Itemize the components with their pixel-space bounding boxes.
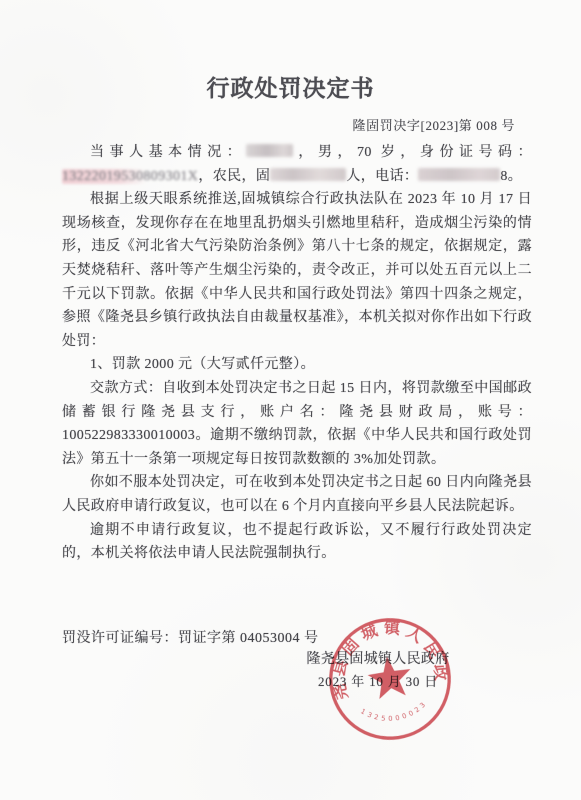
seal-code: 1325000023 — [358, 698, 431, 727]
redacted-village — [270, 168, 346, 181]
penalty-decision-document: 行政处罚决定书 隆固罚决字[2023]第 008 号 当事人基本情况：，男，70… — [0, 0, 581, 800]
document-number: 隆固罚决字[2023]第 008 号 — [0, 115, 581, 134]
penalty-license-number: 罚没许可证编号：罚证字第 04053004 号 — [62, 627, 319, 647]
penalty-item: 1、罚款 2000 元（大写贰仟元整）。 — [62, 353, 532, 377]
party-sex-age: ，男，70 岁，身份证号码： — [293, 145, 532, 160]
party-info-paragraph: 当事人基本情况：，男，70 岁，身份证号码：13222019530809301X… — [62, 141, 532, 188]
appeal-paragraph: 你如不服本处罚决定，可在收到本处罚决定书之日起 60 日内向隆尧县人民政府申请行… — [62, 471, 532, 518]
enforcement-paragraph: 逾期不申请行政复议，也不提起行政诉讼，又不履行行政处罚决定的，本机关将依法申请人… — [62, 519, 532, 566]
document-body: 当事人基本情况：，男，70 岁，身份证号码：13222019530809301X… — [0, 141, 581, 566]
document-title: 行政处罚决定书 — [0, 70, 581, 103]
party-occupation: ，农民，固 — [198, 169, 270, 184]
star-icon — [365, 653, 413, 700]
payment-paragraph: 交款方式：自收到本处罚决定书之日起 15 日内，将罚款缴至中国邮政储蓄银行隆尧县… — [62, 377, 532, 471]
redacted-name — [246, 144, 293, 157]
party-phone-tail: 8。 — [500, 169, 522, 184]
redacted-phone — [418, 168, 500, 181]
official-seal: 隆尧县固城镇人民政府 1325000023 — [319, 608, 461, 750]
party-phone-label: 人，电话： — [346, 169, 418, 184]
redacted-id-number: 13222019530809301X — [62, 169, 198, 184]
seal-code-ring: 1325000023 — [358, 698, 431, 727]
party-info-label: 当事人基本情况： — [90, 145, 246, 160]
facts-paragraph: 根据上级天眼系统推送,固城镇综合行政执法队在 2023 年 10 月 17 日现… — [62, 188, 532, 353]
